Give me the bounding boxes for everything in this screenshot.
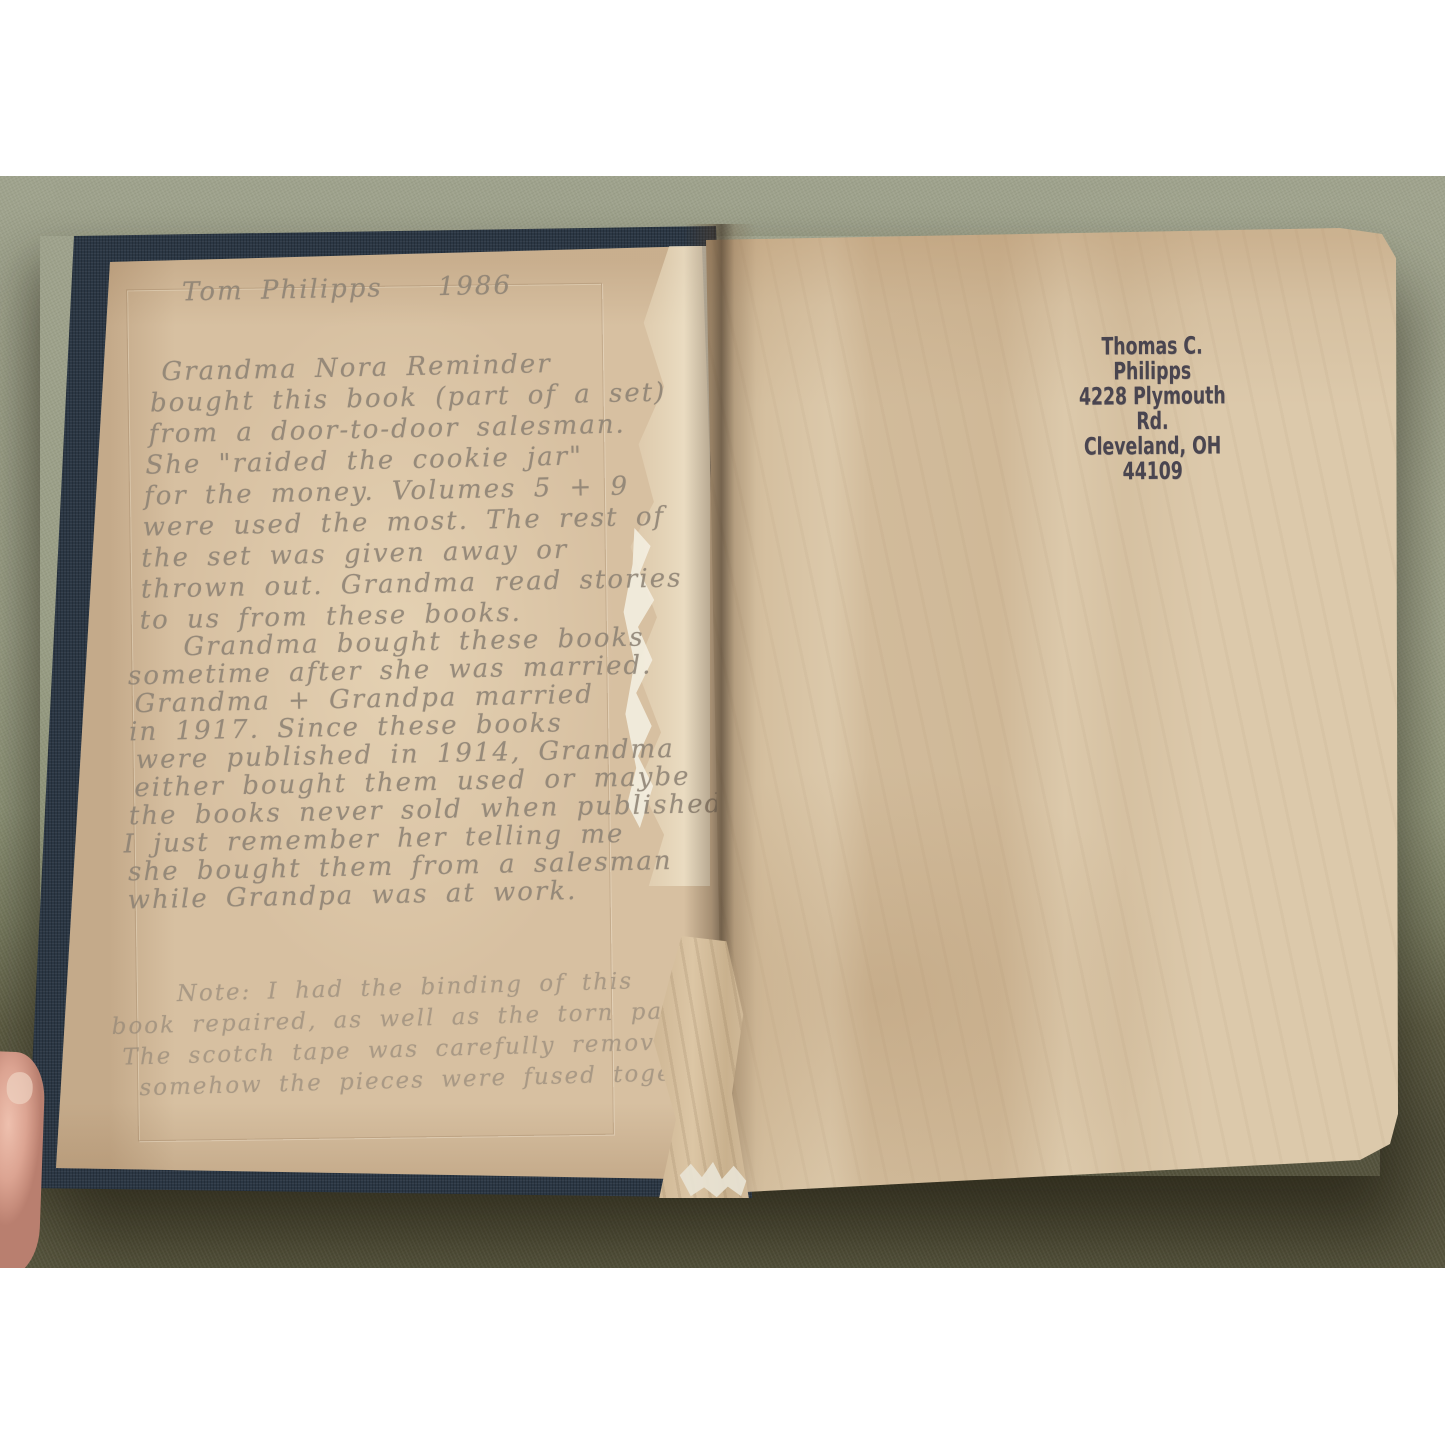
stamp-city: Cleveland, OH 44109 xyxy=(1065,433,1241,485)
thumb-nail xyxy=(6,1072,33,1105)
inscription-paragraph-1: Grandma Nora Reminder bought this book (… xyxy=(143,346,683,636)
inscription-paragraph-2: Grandma bought these books sometime afte… xyxy=(133,622,735,914)
stamp-street: 4228 Plymouth Rd. xyxy=(1064,383,1240,435)
book-photograph: Tom Philipps 1986 Grandma Nora Reminder … xyxy=(0,176,1445,1268)
photo-canvas: Tom Philipps 1986 Grandma Nora Reminder … xyxy=(0,0,1445,1445)
owner-address-stamp: Thomas C. Philipps 4228 Plymouth Rd. Cle… xyxy=(1064,333,1240,485)
owner-signature: Tom Philipps xyxy=(182,273,383,307)
holding-thumb xyxy=(0,1051,46,1268)
inscription-year: 1986 xyxy=(437,271,512,303)
stamp-name: Thomas C. Philipps xyxy=(1064,333,1240,385)
